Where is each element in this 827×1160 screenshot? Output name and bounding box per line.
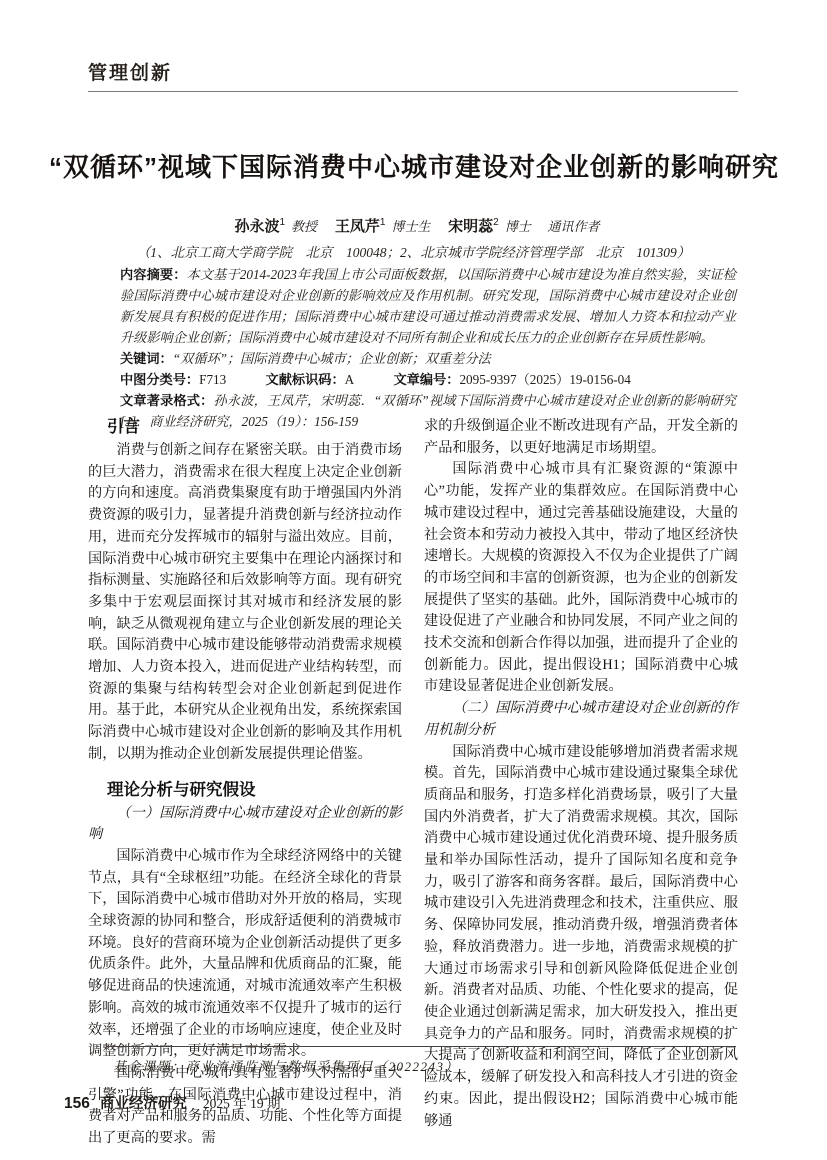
theory-subheading-1: （一）国际消费中心城市建设对企业创新的影响 (88, 803, 402, 846)
theory-heading: 理论分析与研究假设 (107, 779, 402, 801)
author-1-role: 教授 (291, 219, 317, 234)
page-number: 156 (64, 1095, 90, 1112)
abstract-text: 本文基于2014-2023年我国上市公司面板数据，以国际消费中心城市建设为准自然… (120, 267, 736, 345)
header-rule (88, 91, 738, 92)
abstract: 内容摘要：本文基于2014-2023年我国上市公司面板数据，以国际消费中心城市建… (120, 264, 736, 348)
intro-paragraph: 消费与创新之间存在紧密关联。由于消费市场的巨大潜力，消费需求在很大程度上决定企业… (88, 440, 402, 766)
article-title: “双循环”视域下国际消费中心城市建设对企业创新的影响研究 (44, 147, 784, 184)
affiliation-line: （1、北京工商大学商学院 北京 100048；2、北京城市学院经济管理学部 北京… (0, 241, 827, 261)
page-footer: 156商业经济研究2025 年 19 期 (64, 1092, 281, 1113)
right-column: 求的升级倒逼企业不断改进现有产品，开发全新的产品和服务，以更好地满足市场期望。 … (424, 416, 738, 1150)
journal-article-page: 管理创新 “双循环”视域下国际消费中心城市建设对企业创新的影响研究 孙永波1教授… (0, 0, 827, 1160)
article-meta-block: 内容摘要：本文基于2014-2023年我国上市公司面板数据，以国际消费中心城市建… (120, 264, 736, 432)
funding-note: 基金课题：商业流通监测与数据采集项目（2022243） (113, 1056, 459, 1075)
author-line: 孙永波1教授 王凤芹1博士生 宋明蕊2博士 通讯作者 (0, 215, 827, 236)
intro-heading: 引言 (107, 416, 402, 438)
author-3-affil-sup: 2 (493, 217, 499, 228)
author-1: 孙永波1教授 (234, 219, 317, 235)
author-2-role: 博士生 (391, 219, 430, 234)
author-3-name: 宋明蕊2 (448, 218, 499, 235)
article-number: 文章编号：2095-9397（2025）19-0156-04 (394, 369, 631, 390)
theory-subheading-2: （二）国际消费中心城市建设对企业创新的作用机制分析 (424, 698, 738, 741)
author-2-name: 王凤芹1 (335, 218, 386, 235)
keywords: 关键词：“双循环”；国际消费中心城市；企业创新；双重差分法 (120, 348, 736, 369)
classification-line: 中图分类号：F713 文献标识码：A 文章编号：2095-9397（2025）1… (120, 369, 736, 390)
author-3: 宋明蕊2博士 (448, 219, 531, 235)
author-3-role: 博士 (505, 219, 531, 234)
left-column: 引言 消费与创新之间存在紧密关联。由于消费市场的巨大潜力，消费需求在很大程度上决… (88, 416, 402, 1150)
corresponding-author-note: 通讯作者 (548, 219, 600, 234)
keywords-label: 关键词： (120, 351, 173, 366)
document-code: 文献标识码：A (266, 369, 355, 390)
mechanism-paragraph: 国际消费中心城市建设能够增加消费者需求规模。首先，国际消费中心城市建设通过聚集全… (424, 742, 738, 1133)
footnote-rule (106, 1046, 736, 1047)
author-1-affil-sup: 1 (279, 217, 285, 228)
author-1-name: 孙永波1 (234, 218, 285, 235)
citation-label: 文章著录格式： (120, 393, 214, 408)
continuation-paragraph: 求的升级倒逼企业不断改进现有产品，开发全新的产品和服务，以更好地满足市场期望。 (424, 416, 738, 459)
author-2: 王凤芹1博士生 (335, 219, 431, 235)
journal-name: 商业经济研究 (100, 1096, 187, 1112)
abstract-label: 内容摘要： (120, 267, 187, 282)
column-section-tag: 管理创新 (88, 58, 172, 85)
issue-info: 2025 年 19 期 (203, 1096, 281, 1111)
theory-paragraph-3: 国际消费中心城市具有汇聚资源的“策源中心”功能，发挥产业的集群效应。在国际消费中… (424, 459, 738, 698)
clc-number: 中图分类号：F713 (120, 369, 226, 390)
keywords-text: “双循环”；国际消费中心城市；企业创新；双重差分法 (173, 351, 491, 366)
article-body: 引言 消费与创新之间存在紧密关联。由于消费市场的巨大潜力，消费需求在很大程度上决… (88, 416, 738, 1150)
author-2-affil-sup: 1 (380, 217, 386, 228)
theory-paragraph-1: 国际消费中心城市作为全球经济网络中的关键节点，具有“全球枢纽”功能。在经济全球化… (88, 846, 402, 1063)
